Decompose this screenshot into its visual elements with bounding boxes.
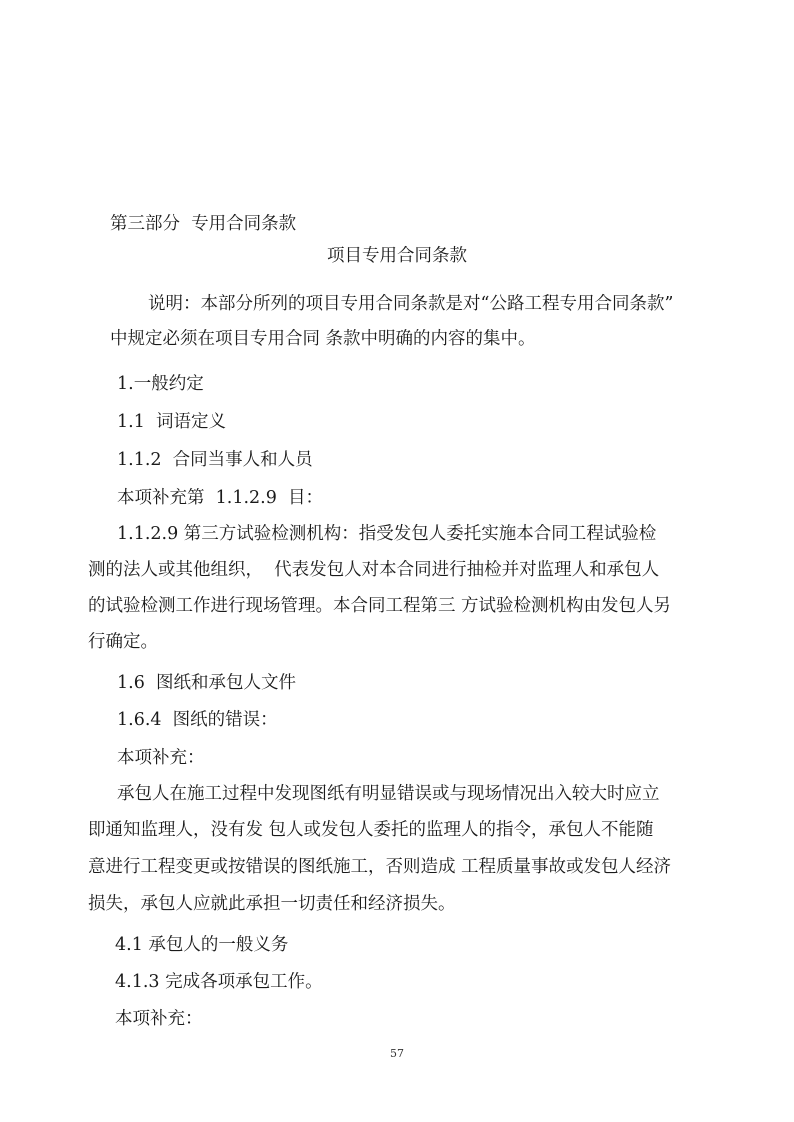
clause-1-6-4-line-2: 即通知监理人，没有发 包人或发包人委托的监理人的指令，承包人不能随 <box>88 819 654 841</box>
clause-1-1-2-9-line-3: 的试验检测工作进行现场管理。本合同工程第三 方试验检测机构由发包人另 <box>88 595 671 617</box>
section-4-1-3-supplement: 本项补充： <box>115 1008 203 1030</box>
section-1-6-heading: 1.6 图纸和承包人文件 <box>117 672 296 694</box>
clause-1-6-4-line-4: 损失，承包人应就此承担一切责任和经济损失。 <box>88 893 456 915</box>
page-number: 57 <box>0 1047 794 1061</box>
clause-1-1-2-9-line-2: 测的法人或其他组织， 代表发包人对本合同进行抽检并对监理人和承包人 <box>88 559 659 581</box>
page-title: 项目专用合同条款 <box>0 245 794 267</box>
section-4-1-heading: 4.1 承包人的一般义务 <box>115 934 288 956</box>
section-1-6-4-heading: 1.6.4 图纸的错误： <box>117 709 278 731</box>
clause-1-1-2-9-line-1: 1.1.2.9 第三方试验检测机构：指受发包人委托实施本合同工程试验检 <box>117 523 656 545</box>
clause-1-1-2-9-line-4: 行确定。 <box>88 631 158 653</box>
section-1-1-2-supplement: 本项补充第 1.1.2.9 目： <box>117 487 323 509</box>
clause-1-6-4-line-1: 承包人在施工过程中发现图纸有明显错误或与现场情况出入较大时应立 <box>117 783 660 805</box>
note-line-2: 中规定必须在项目专用合同 条款中明确的内容的集中。 <box>110 328 536 350</box>
section-1-1-2-heading: 1.1.2 合同当事人和人员 <box>117 449 313 471</box>
section-1-heading: 1.一般约定 <box>117 373 204 395</box>
note-line-1: 说明：本部分所列的项目专用合同条款是对“公路工程专用合同条款” <box>148 293 673 315</box>
part-heading: 第三部分 专用合同条款 <box>110 213 296 235</box>
section-1-1-heading: 1.1 词语定义 <box>117 411 226 433</box>
section-4-1-3-heading: 4.1.3 完成各项承包工作。 <box>115 971 323 993</box>
section-1-6-4-supplement: 本项补充： <box>117 747 205 769</box>
clause-1-6-4-line-3: 意进行工程变更或按错误的图纸施工，否则造成 工程质量事故或发包人经济 <box>88 856 671 878</box>
